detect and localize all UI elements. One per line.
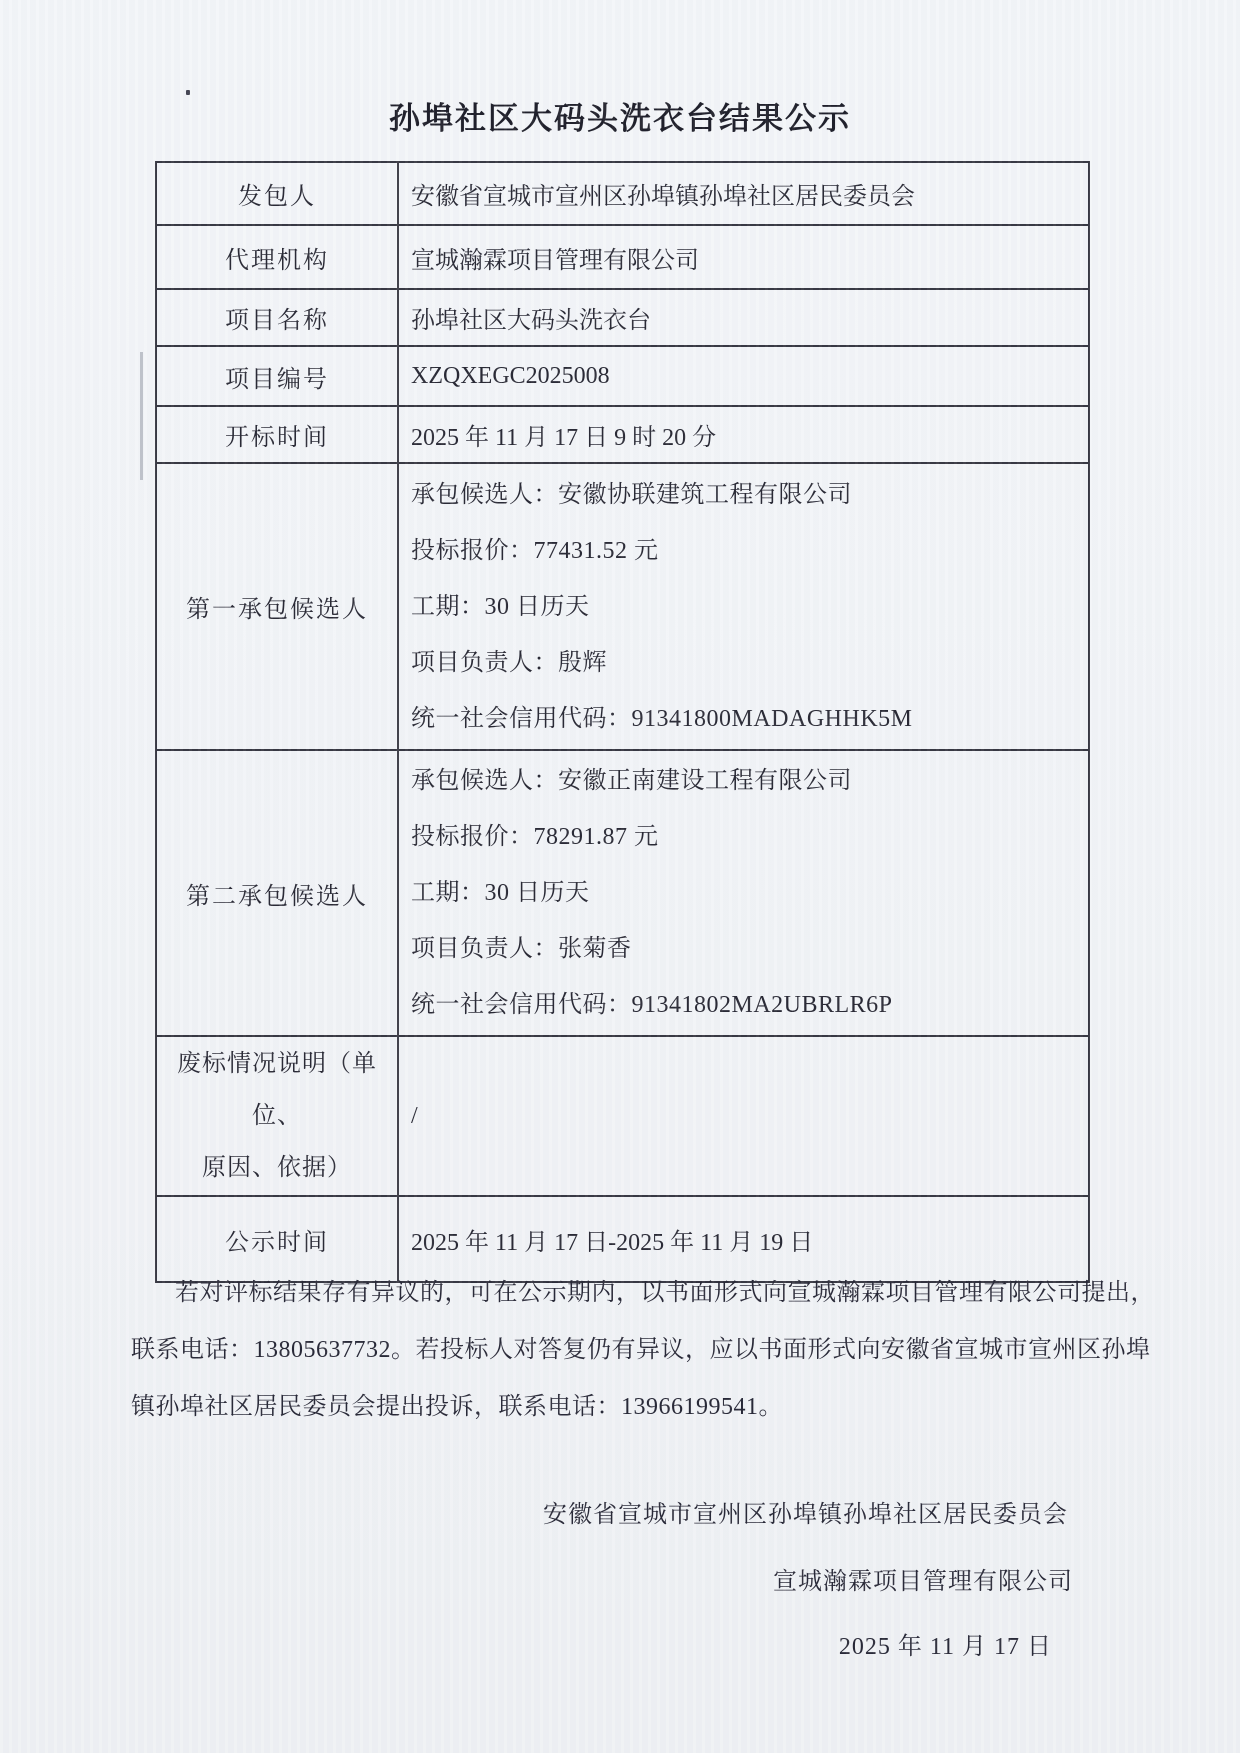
row-value-second-candidate: 承包候选人：安徽正南建设工程有限公司 投标报价：78291.87 元 工期：30… [398,750,1089,1036]
table-row-bid-opening-time: 开标时间 2025 年 11 月 17 日 9 时 20 分 [156,406,1089,463]
second-candidate-price: 投标报价：78291.87 元 [411,809,1087,865]
rejected-bids-label-line2: 原因、依据） [158,1142,396,1194]
first-candidate-manager: 项目负责人：殷辉 [411,635,1087,691]
scan-streak-artifact [140,352,143,480]
table-row-project-name: 项目名称 孙埠社区大码头洗衣台 [156,289,1089,346]
document-title: 孙埠社区大码头洗衣台结果公示 [0,93,1240,138]
table-row-employer: 发包人 安徽省宣城市宣州区孙埠镇孙埠社区居民委员会 [156,162,1089,225]
row-value-bid-opening-time: 2025 年 11 月 17 日 9 时 20 分 [398,406,1089,463]
first-candidate-duration: 工期：30 日历天 [411,579,1087,635]
rejected-bids-label-line1: 废标情况说明（单位、 [158,1038,396,1142]
scan-speck-artifact [186,90,190,95]
row-value-project-number: XZQXEGC2025008 [398,346,1089,406]
table-row-rejected-bids: 废标情况说明（单位、 原因、依据） / [156,1036,1089,1196]
notice-line-2: 联系电话：13805637732。若投标人对答复仍有异议，应以书面形式向安徽省宣… [131,1322,1151,1379]
scanned-document-page: 孙埠社区大码头洗衣台结果公示 发包人 安徽省宣城市宣州区孙埠镇孙埠社区居民委员会… [0,0,1240,1753]
row-value-agency: 宣城瀚霖项目管理有限公司 [398,225,1089,289]
table-row-second-candidate: 第二承包候选人 承包候选人：安徽正南建设工程有限公司 投标报价：78291.87… [156,750,1089,1036]
row-value-first-candidate: 承包候选人：安徽协联建筑工程有限公司 投标报价：77431.52 元 工期：30… [398,463,1089,750]
bid-result-table: 发包人 安徽省宣城市宣州区孙埠镇孙埠社区居民委员会 代理机构 宣城瀚霖项目管理有… [155,161,1090,1283]
second-candidate-company: 承包候选人：安徽正南建设工程有限公司 [411,753,1087,809]
row-label-employer: 发包人 [156,162,398,225]
table-row-agency: 代理机构 宣城瀚霖项目管理有限公司 [156,225,1089,289]
row-value-employer: 安徽省宣城市宣州区孙埠镇孙埠社区居民委员会 [398,162,1089,225]
row-label-agency: 代理机构 [156,225,398,289]
signature-agency: 宣城瀚霖项目管理有限公司 [773,1561,1073,1596]
row-value-project-name: 孙埠社区大码头洗衣台 [398,289,1089,346]
row-label-first-candidate: 第一承包候选人 [156,463,398,750]
row-value-rejected-bids: / [398,1036,1089,1196]
objection-notice-paragraph: 若对评标结果存有异议的，可在公示期内，以书面形式向宣城瀚霖项目管理有限公司提出，… [131,1265,1151,1436]
signature-employer: 安徽省宣城市宣州区孙埠镇孙埠社区居民委员会 [543,1494,1068,1529]
notice-line-3: 镇孙埠社区居民委员会提出投诉，联系电话：13966199541。 [131,1379,1151,1436]
table-row-first-candidate: 第一承包候选人 承包候选人：安徽协联建筑工程有限公司 投标报价：77431.52… [156,463,1089,750]
first-candidate-credit-code: 统一社会信用代码：91341800MADAGHHK5M [411,691,1087,747]
table-row-project-number: 项目编号 XZQXEGC2025008 [156,346,1089,406]
row-label-rejected-bids: 废标情况说明（单位、 原因、依据） [156,1036,398,1196]
first-candidate-company: 承包候选人：安徽协联建筑工程有限公司 [411,467,1087,523]
row-label-second-candidate: 第二承包候选人 [156,750,398,1036]
second-candidate-duration: 工期：30 日历天 [411,865,1087,921]
second-candidate-manager: 项目负责人：张菊香 [411,921,1087,977]
signature-date: 2025 年 11 月 17 日 [839,1626,1052,1661]
row-label-project-number: 项目编号 [156,346,398,406]
row-label-project-name: 项目名称 [156,289,398,346]
second-candidate-credit-code: 统一社会信用代码：91341802MA2UBRLR6P [411,977,1087,1033]
notice-line-1: 若对评标结果存有异议的，可在公示期内，以书面形式向宣城瀚霖项目管理有限公司提出， [131,1265,1151,1322]
row-label-bid-opening-time: 开标时间 [156,406,398,463]
first-candidate-price: 投标报价：77431.52 元 [411,523,1087,579]
